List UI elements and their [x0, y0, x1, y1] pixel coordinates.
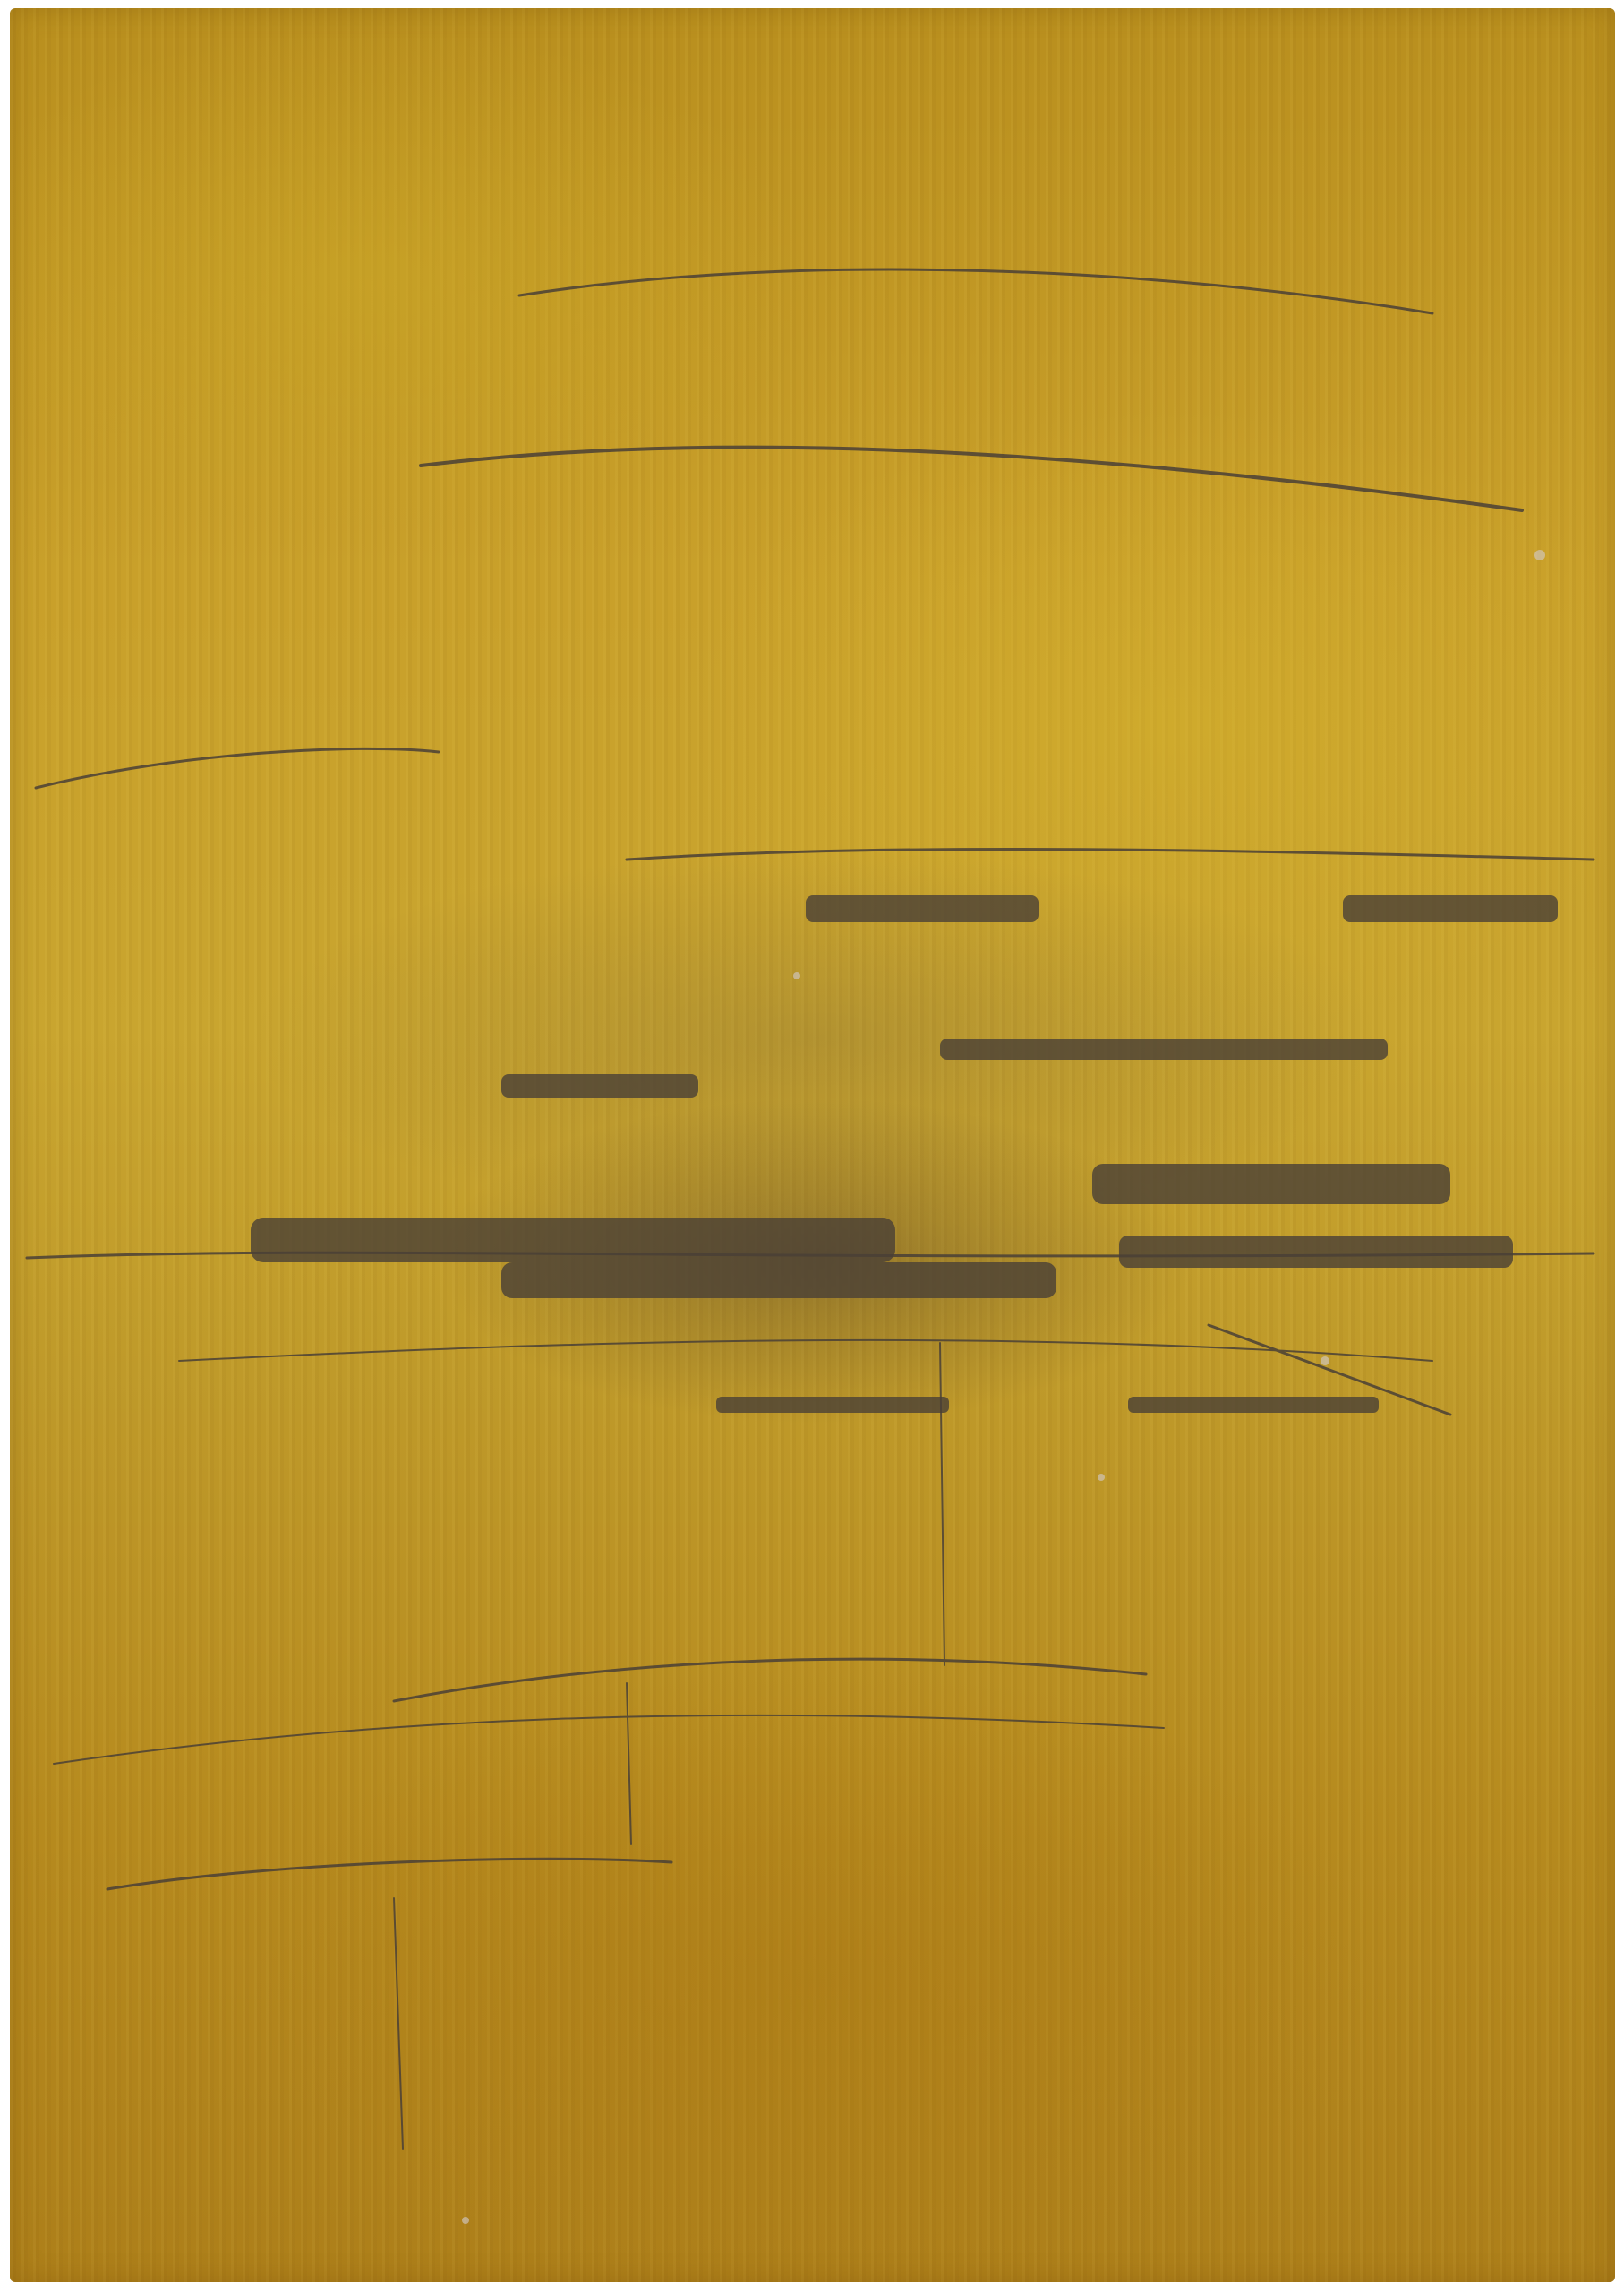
rug-pattern: [0, 0, 1624, 2292]
